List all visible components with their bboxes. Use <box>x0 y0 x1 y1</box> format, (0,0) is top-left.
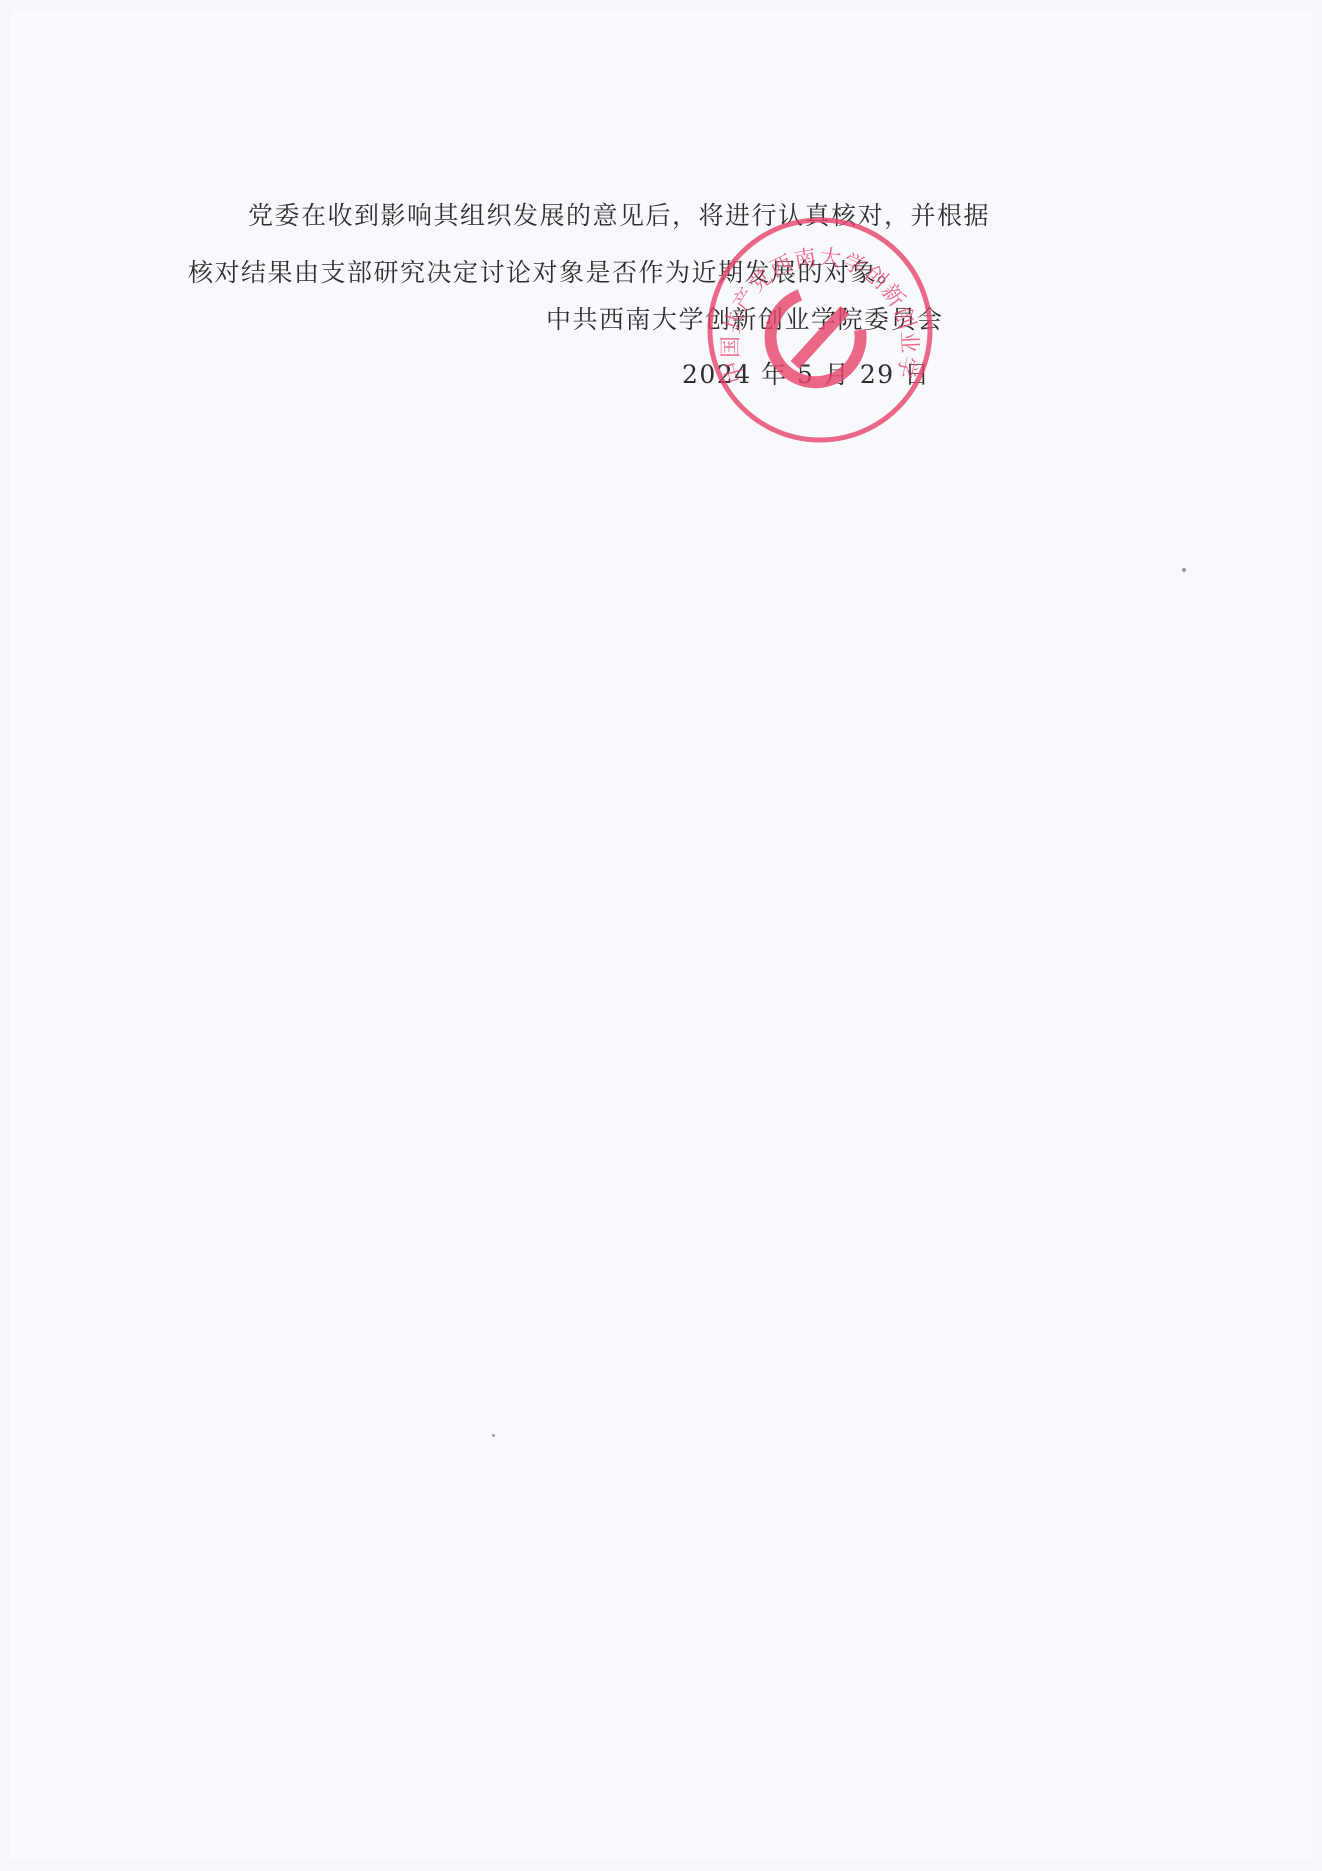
scan-speck <box>492 1434 495 1437</box>
hammer-and-sickle-icon <box>771 295 861 382</box>
official-seal-stamp: 中国共产党西南大学创新创业学院委员会 <box>705 215 935 445</box>
svg-text:中国共产党西南大学创新创业学院委员会: 中国共产党西南大学创新创业学院委员会 <box>705 215 921 386</box>
scan-speck <box>1182 568 1186 572</box>
document-page: 党委在收到影响其组织发展的意见后，将进行认真核对，并根据 核对结果由支部研究决定… <box>10 10 1312 1861</box>
stamp-arc-text: 中国共产党西南大学创新创业学院委员会 <box>705 215 921 386</box>
